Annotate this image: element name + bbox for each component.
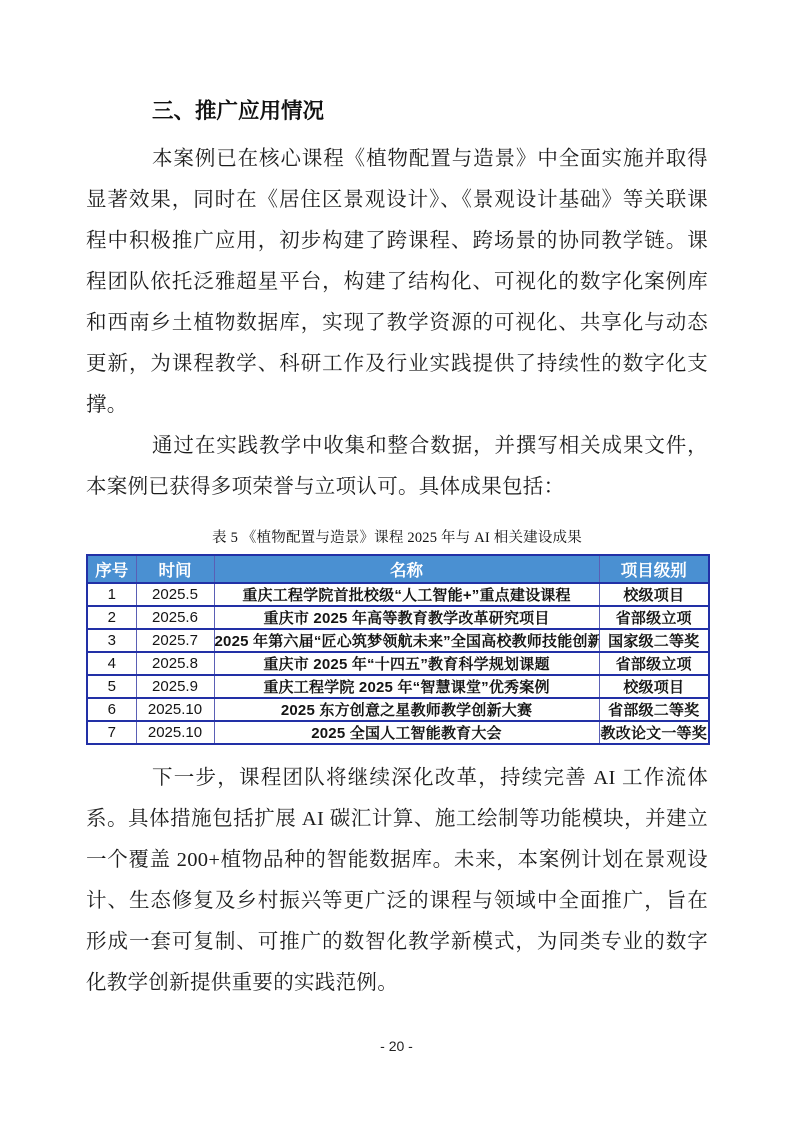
table-header-row: 序号 时间 名称 项目级别 [87, 555, 709, 583]
table-cell-level: 教改论文一等奖 [599, 721, 709, 744]
table-cell-name: 2025 东方创意之星教师教学创新大赛 [214, 698, 599, 721]
table-cell-index: 4 [87, 652, 136, 675]
table-cell-name: 重庆市 2025 年高等教育教学改革研究项目 [214, 606, 599, 629]
page-content: 三、推广应用情况 本案例已在核心课程《植物配置与造景》中全面实施并取得显著效果，… [86, 0, 708, 1004]
table-cell-index: 1 [87, 583, 136, 606]
table-cell-level: 省部级立项 [599, 652, 709, 675]
table-cell-level: 校级项目 [599, 675, 709, 698]
table-cell-name: 2025 年第六届“匠心筑梦领航未来”全国高校教师技能创新大赛 [214, 629, 599, 652]
table-cell-index: 3 [87, 629, 136, 652]
table-cell-time: 2025.7 [136, 629, 214, 652]
table-cell-index: 5 [87, 675, 136, 698]
table-row: 1 2025.5 重庆工程学院首批校级“人工智能+”重点建设课程 校级项目 [87, 583, 709, 606]
results-table-head: 序号 时间 名称 项目级别 [87, 555, 709, 583]
results-table-body: 1 2025.5 重庆工程学院首批校级“人工智能+”重点建设课程 校级项目 2 … [87, 583, 709, 744]
table-cell-time: 2025.10 [136, 721, 214, 744]
table-row: 6 2025.10 2025 东方创意之星教师教学创新大赛 省部级二等奖 [87, 698, 709, 721]
table-row: 2 2025.6 重庆市 2025 年高等教育教学改革研究项目 省部级立项 [87, 606, 709, 629]
table-row: 4 2025.8 重庆市 2025 年“十四五”教育科学规划课题 省部级立项 [87, 652, 709, 675]
table-cell-index: 7 [87, 721, 136, 744]
table-row: 5 2025.9 重庆工程学院 2025 年“智慧课堂”优秀案例 校级项目 [87, 675, 709, 698]
table-cell-index: 6 [87, 698, 136, 721]
table-header-cell-index: 序号 [87, 555, 136, 583]
table-cell-name: 重庆市 2025 年“十四五”教育科学规划课题 [214, 652, 599, 675]
section-heading: 三、推广应用情况 [86, 0, 708, 126]
table-row: 7 2025.10 2025 全国人工智能教育大会 教改论文一等奖 [87, 721, 709, 744]
table-header-cell-level: 项目级别 [599, 555, 709, 583]
body-paragraph-3: 下一步，课程团队将继续深化改革，持续完善 AI 工作流体系。具体措施包括扩展 A… [86, 758, 708, 1004]
table-cell-level: 校级项目 [599, 583, 709, 606]
table-row: 3 2025.7 2025 年第六届“匠心筑梦领航未来”全国高校教师技能创新大赛… [87, 629, 709, 652]
table-cell-time: 2025.9 [136, 675, 214, 698]
results-table: 序号 时间 名称 项目级别 1 2025.5 重庆工程学院首批校级“人工智能+”… [86, 554, 710, 745]
table-header-cell-name: 名称 [214, 555, 599, 583]
table-cell-time: 2025.10 [136, 698, 214, 721]
table-cell-level: 省部级立项 [599, 606, 709, 629]
body-paragraph-2: 通过在实践教学中收集和整合数据，并撰写相关成果文件，本案例已获得多项荣誉与立项认… [86, 426, 708, 508]
table-cell-name: 重庆工程学院 2025 年“智慧课堂”优秀案例 [214, 675, 599, 698]
body-paragraph-1: 本案例已在核心课程《植物配置与造景》中全面实施并取得显著效果，同时在《居住区景观… [86, 139, 708, 426]
document-page: 三、推广应用情况 本案例已在核心课程《植物配置与造景》中全面实施并取得显著效果，… [0, 0, 793, 1122]
table-cell-name: 2025 全国人工智能教育大会 [214, 721, 599, 744]
table-cell-name: 重庆工程学院首批校级“人工智能+”重点建设课程 [214, 583, 599, 606]
table-cell-time: 2025.5 [136, 583, 214, 606]
table-header-cell-time: 时间 [136, 555, 214, 583]
table-cell-index: 2 [87, 606, 136, 629]
table-cell-time: 2025.6 [136, 606, 214, 629]
table-cell-level: 省部级二等奖 [599, 698, 709, 721]
table-caption: 表 5 《植物配置与造景》课程 2025 年与 AI 相关建设成果 [86, 529, 708, 547]
table-cell-level: 国家级二等奖 [599, 629, 709, 652]
table-cell-time: 2025.8 [136, 652, 214, 675]
page-number: - 20 - [0, 1038, 793, 1054]
